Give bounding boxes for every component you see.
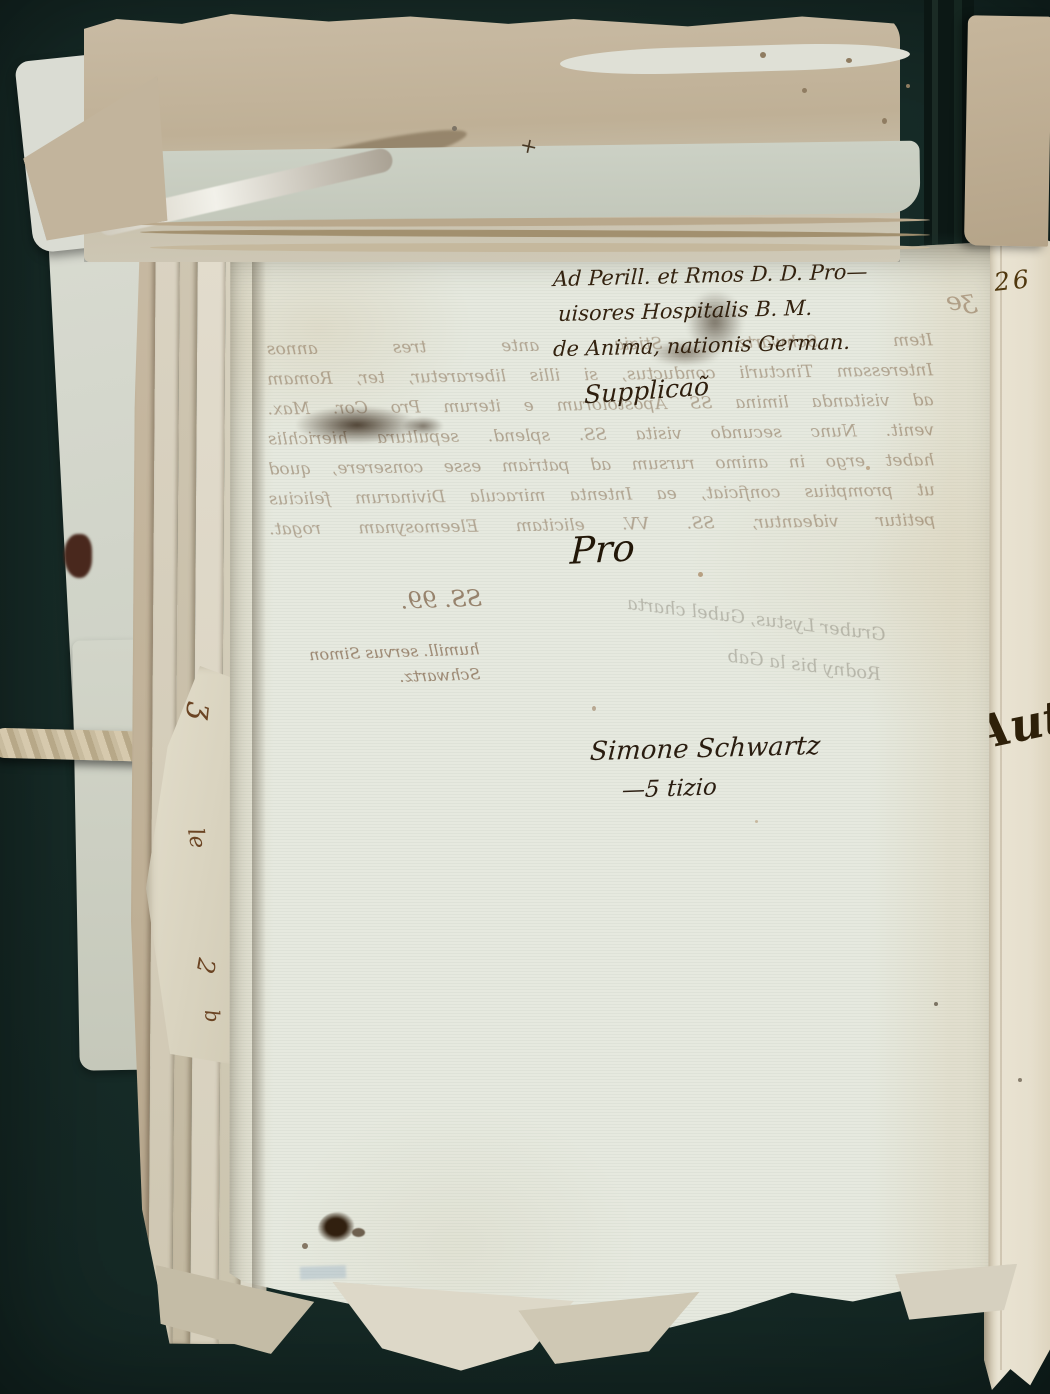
ink-flourish-blot — [648, 340, 722, 366]
signature-flourish: —5 tizio — [621, 774, 717, 803]
edge-ink-mark: b — [200, 1009, 225, 1024]
worm-hole — [760, 52, 766, 58]
ink-bleed-smudge — [296, 406, 418, 444]
top-right-paper-wedge — [964, 15, 1050, 246]
rust-speck — [755, 820, 758, 823]
edge-ink-mark: le — [182, 826, 210, 850]
bleedthrough-double-mark: SS. 99. — [352, 586, 483, 617]
ink-blot-tail — [352, 1228, 365, 1237]
stack-edge-line — [150, 243, 930, 252]
edge-ink-mark: 2 — [191, 956, 221, 976]
edge-ink-mark: ʒ — [184, 701, 221, 722]
worm-hole — [846, 58, 852, 63]
rust-speck — [866, 466, 870, 470]
faint-blue-stain — [300, 1265, 346, 1280]
signature-name: Simone Schwartz — [589, 731, 821, 767]
dark-speck — [934, 1002, 938, 1006]
manuscript-photo-stage: 26 Aut ʒ le 2 b Item Schwartz Stizia ant… — [0, 0, 1050, 1394]
worm-hole — [802, 88, 807, 93]
folio-number: 26 — [993, 264, 1034, 297]
worm-hole — [452, 126, 457, 131]
edge-flourish-mark: ʒe — [944, 284, 978, 318]
bleedthrough-signature: humill. servus Simon Schwartz. — [269, 636, 481, 693]
next-leaf-page — [984, 232, 1050, 1390]
gap-cavity — [64, 534, 92, 578]
rust-speck — [698, 572, 703, 577]
pro-heading: Pro — [569, 526, 635, 573]
ink-bleed-smudge — [402, 416, 444, 436]
ink-blot-dot — [302, 1243, 308, 1249]
dark-speck — [1018, 1078, 1022, 1082]
worm-hole — [906, 84, 910, 88]
leaf-crease-line — [1000, 240, 1002, 1370]
page-left-shadow — [252, 250, 266, 1310]
worm-hole — [882, 118, 887, 124]
rust-speck — [592, 706, 596, 711]
